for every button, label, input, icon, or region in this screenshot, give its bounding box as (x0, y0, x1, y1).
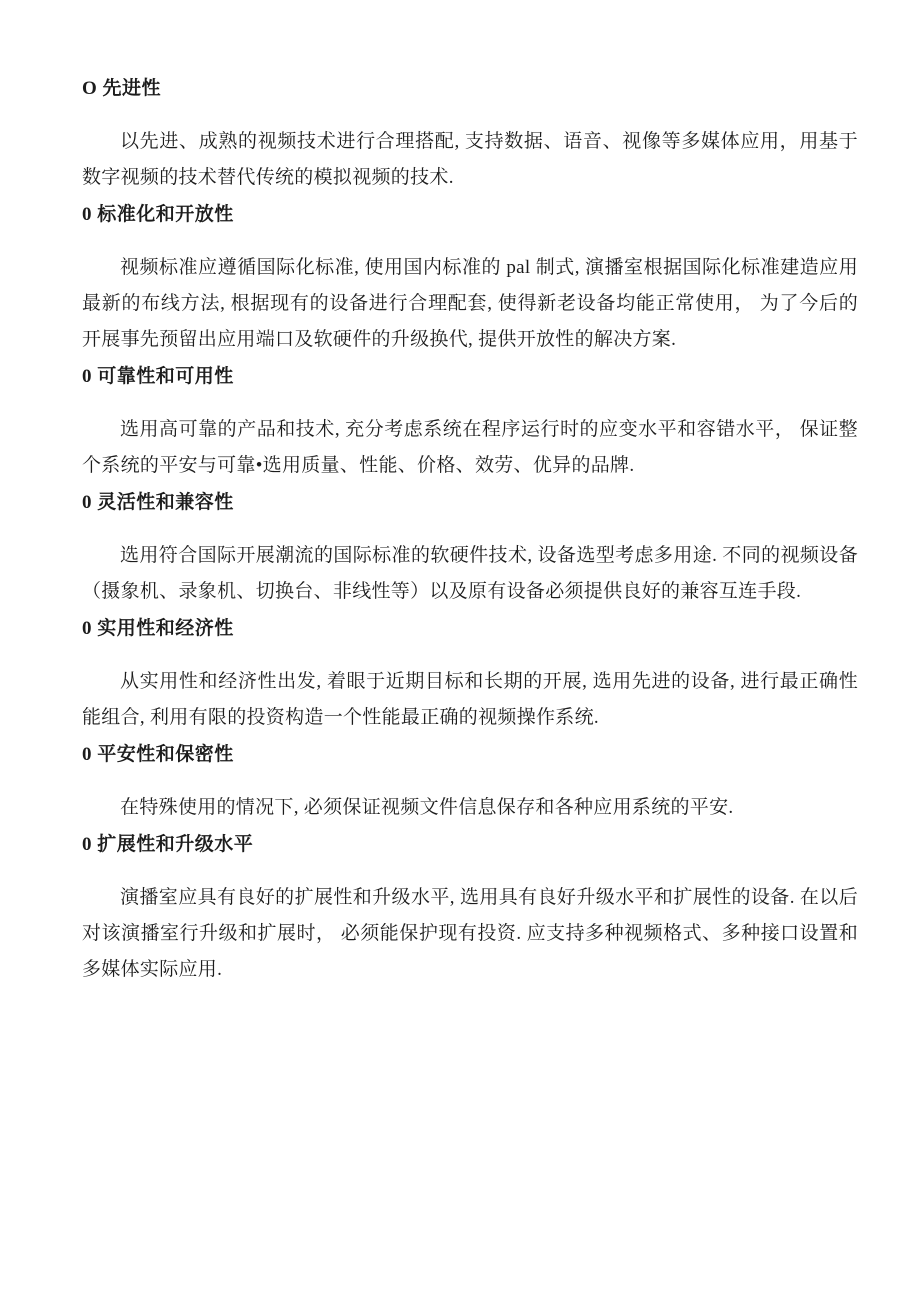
section-flexibility-compatibility: 0 灵活性和兼容性 选用符合国际开展潮流的国际标准的软硬件技术, 设备选型考虑多… (82, 490, 858, 610)
section-paragraph: 视频标准应遵循国际化标准, 使用国内标准的 pal 制式, 演播室根据国际化标准… (82, 250, 858, 358)
section-heading: O 先进性 (82, 76, 858, 102)
section-paragraph: 选用符合国际开展潮流的国际标准的软硬件技术, 设备选型考虑多用途. 不同的视频设… (82, 538, 858, 610)
section-paragraph: 演播室应具有良好的扩展性和升级水平, 选用具有良好升级水平和扩展性的设备. 在以… (82, 880, 858, 988)
section-practicality-economy: 0 实用性和经济性 从实用性和经济性出发, 着眼于近期目标和长期的开展, 选用先… (82, 616, 858, 736)
section-standardization-openness: 0 标准化和开放性 视频标准应遵循国际化标准, 使用国内标准的 pal 制式, … (82, 202, 858, 358)
section-paragraph: 选用高可靠的产品和技术, 充分考虑系统在程序运行时的应变水平和容错水平， 保证整… (82, 412, 858, 484)
section-paragraph: 以先进、成熟的视频技术进行合理搭配, 支持数据、语音、视像等多媒体应用，用基于数… (82, 124, 858, 196)
section-extensibility-upgradability: 0 扩展性和升级水平 演播室应具有良好的扩展性和升级水平, 选用具有良好升级水平… (82, 832, 858, 988)
section-heading: 0 灵活性和兼容性 (82, 490, 858, 516)
section-heading: 0 标准化和开放性 (82, 202, 858, 228)
section-heading: 0 可靠性和可用性 (82, 364, 858, 390)
section-heading: 0 扩展性和升级水平 (82, 832, 858, 858)
section-paragraph: 从实用性和经济性出发, 着眼于近期目标和长期的开展, 选用先进的设备, 进行最正… (82, 664, 858, 736)
section-advancement: O 先进性 以先进、成熟的视频技术进行合理搭配, 支持数据、语音、视像等多媒体应… (82, 76, 858, 196)
section-heading: 0 实用性和经济性 (82, 616, 858, 642)
section-heading: 0 平安性和保密性 (82, 742, 858, 768)
document-page: O 先进性 以先进、成熟的视频技术进行合理搭配, 支持数据、语音、视像等多媒体应… (0, 0, 920, 1301)
section-security-confidentiality: 0 平安性和保密性 在特殊使用的情况下, 必须保证视频文件信息保存和各种应用系统… (82, 742, 858, 826)
section-paragraph: 在特殊使用的情况下, 必须保证视频文件信息保存和各种应用系统的平安. (82, 790, 858, 826)
section-reliability-availability: 0 可靠性和可用性 选用高可靠的产品和技术, 充分考虑系统在程序运行时的应变水平… (82, 364, 858, 484)
